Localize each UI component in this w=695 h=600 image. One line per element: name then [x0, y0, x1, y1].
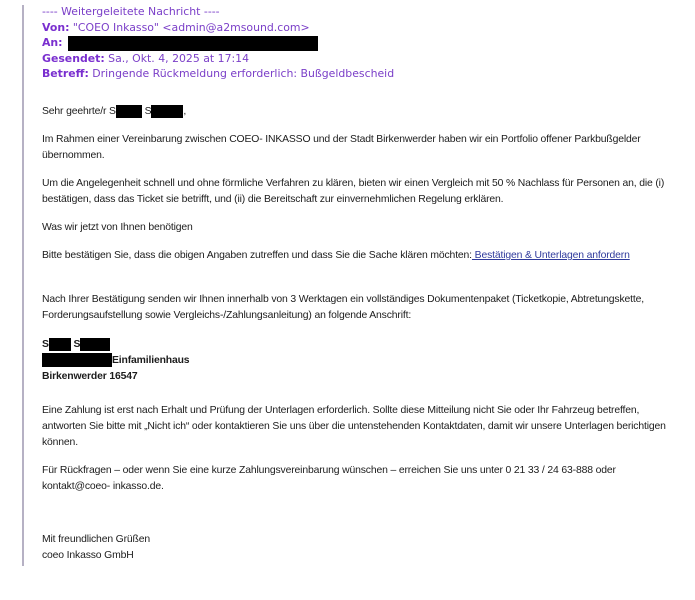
greeting-redaction-1 — [116, 105, 142, 118]
from-row: Von: "COEO Inkasso" <admin@a2msound.com> — [42, 20, 394, 36]
paragraph-payment: Eine Zahlung ist erst nach Erhalt und Pr… — [42, 403, 672, 451]
forward-separator: ---- Weitergeleitete Nachricht ---- — [42, 4, 394, 20]
address-redaction-street — [42, 353, 112, 367]
greeting-redaction-2 — [151, 105, 183, 118]
sent-label: Gesendet: — [42, 52, 105, 65]
address-redaction-name-1 — [49, 338, 71, 351]
confirm-text: Bitte bestätigen Sie, dass die obigen An… — [42, 250, 472, 261]
address-name-line: S S — [42, 337, 672, 353]
paragraph-contact: Für Rückfragen – oder wenn Sie eine kurz… — [42, 463, 672, 495]
email-body: Sehr geehrte/r S S, Im Rahmen einer Vere… — [42, 104, 672, 564]
signature: coeo Inkasso GmbH — [42, 548, 672, 564]
confirm-link[interactable]: Bestätigen & Unterlagen anfordern — [472, 250, 630, 261]
paragraph-settlement: Um die Angelegenheit schnell und ohne fö… — [42, 176, 672, 208]
address-street-suffix: Einfamilienhaus — [112, 355, 189, 366]
greeting: Sehr geehrte/r S S, — [42, 104, 672, 120]
address-street-line: Einfamilienhaus — [42, 353, 672, 369]
sent-value: Sa., Okt. 4, 2025 at 17:14 — [108, 52, 249, 65]
greeting-prefix: Sehr geehrte/r S — [42, 106, 116, 117]
paragraph-needs: Was wir jetzt von Ihnen benötigen — [42, 220, 672, 236]
subject-row: Betreff: Dringende Rückmeldung erforderl… — [42, 66, 394, 82]
address-initial-1: S — [42, 339, 49, 350]
greeting-mid: S — [145, 106, 152, 117]
greeting-suffix: , — [183, 106, 186, 117]
address-initial-2: S — [74, 339, 81, 350]
from-value[interactable]: "COEO Inkasso" <admin@a2msound.com> — [73, 21, 310, 34]
closing: Mit freundlichen Grüßen — [42, 532, 672, 548]
from-label: Von: — [42, 21, 69, 34]
forward-header: ---- Weitergeleitete Nachricht ---- Von:… — [42, 4, 394, 82]
paragraph-documents: Nach Ihrer Bestätigung senden wir Ihnen … — [42, 292, 672, 324]
to-label: An: — [42, 36, 63, 49]
to-row: An: — [42, 35, 394, 51]
subject-label: Betreff: — [42, 67, 89, 80]
sent-row: Gesendet: Sa., Okt. 4, 2025 at 17:14 — [42, 51, 394, 67]
address-city-line: Birkenwerder 16547 — [42, 369, 672, 385]
quote-border — [22, 5, 24, 566]
paragraph-portfolio: Im Rahmen einer Vereinbarung zwischen CO… — [42, 132, 672, 164]
address-redaction-name-2 — [80, 338, 110, 351]
subject-value: Dringende Rückmeldung erforderlich: Bußg… — [92, 67, 394, 80]
paragraph-confirm: Bitte bestätigen Sie, dass die obigen An… — [42, 248, 672, 264]
to-redaction — [68, 36, 318, 51]
address-block: S S Einfamilienhaus Birkenwerder 16547 — [42, 337, 672, 385]
